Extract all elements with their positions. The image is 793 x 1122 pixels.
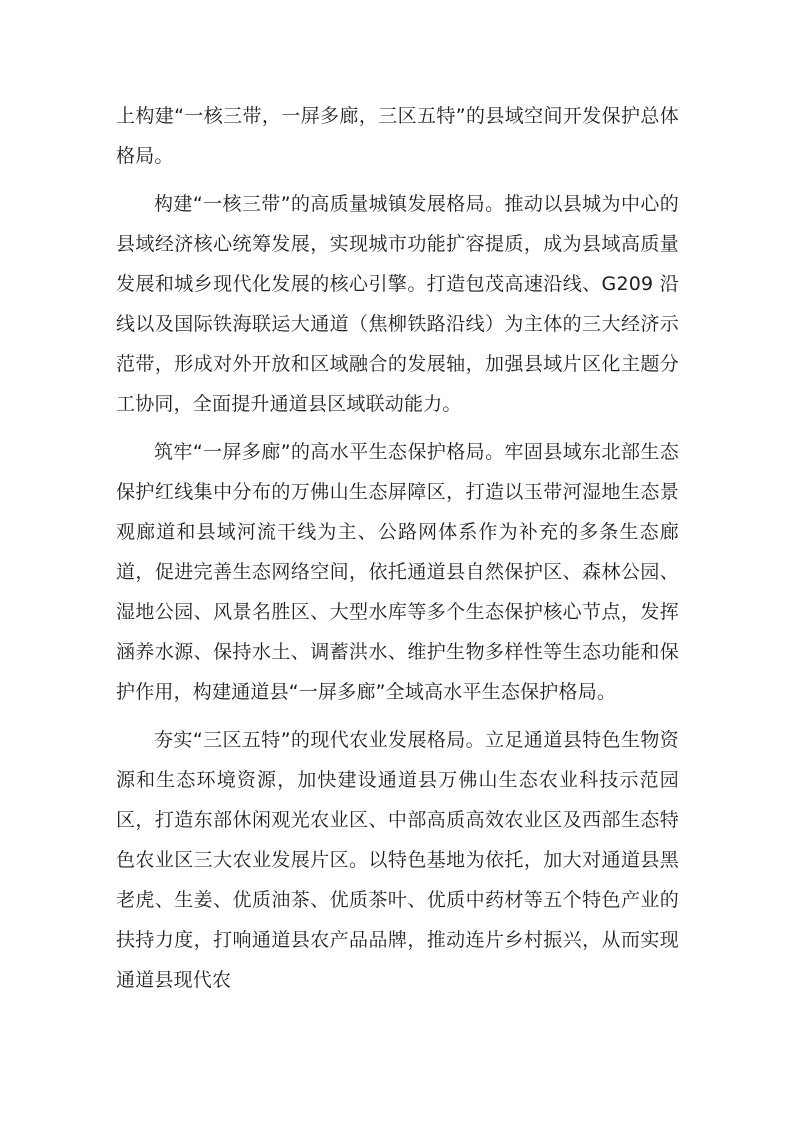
document-paragraph: 夯实“三区五特”的现代农业发展格局。立足通道县特色生物资源和生态环境资源，加快建… [116,720,679,1000]
document-page: 上构建“一核三带，一屏多廊，三区五特”的县域空间开发保护总体格局。构建“一核三带… [0,0,793,1122]
document-paragraph: 构建“一核三带”的高质量城镇发展格局。推动以县城为中心的县域经济核心统筹发展，实… [116,184,679,424]
document-paragraph: 上构建“一核三带，一屏多廊，三区五特”的县域空间开发保护总体格局。 [116,96,679,176]
document-body: 上构建“一核三带，一屏多廊，三区五特”的县域空间开发保护总体格局。构建“一核三带… [116,96,679,1000]
document-paragraph: 筑牢“一屏多廊”的高水平生态保护格局。牢固县域东北部生态保护红线集中分布的万佛山… [116,432,679,712]
